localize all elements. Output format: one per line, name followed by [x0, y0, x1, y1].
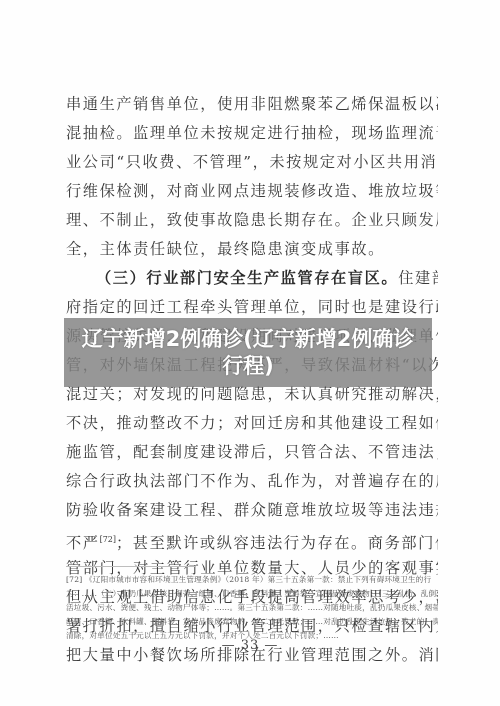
body-line: 行维保检测，对商业网点违规装修改造、堆放垃圾等行为不管: [66, 177, 438, 206]
body-line: 串通生产销售单位，使用非阻燃聚苯乙烯保温板以次充好、蒙: [66, 90, 438, 119]
overlay-title: 辽宁新增2例确诊(辽宁新增2例确诊 行程): [64, 318, 432, 387]
footnote-reference[interactable]: [72]: [100, 535, 116, 544]
overlay-title-line-2: 行程): [222, 353, 274, 380]
body-line: 混抽检。监理单位未按规定进行抽检，现场监理流于形式。物: [66, 119, 438, 148]
footnote-ref-line: 不严[72]；甚至默许或纵容违法行为存在。商务部门作为行业主: [66, 525, 438, 554]
footnote-line: 纸屑、口香糖、饮料罐、塑料袋、宣传品等废弃物的，处二十元罚款；……对乱扔乱倒生活…: [66, 615, 438, 629]
body-line: 业公司“只收费、不管理”，未按规定对小区共用消防设施进: [66, 148, 438, 177]
section-heading-line: （三）行业部门安全生产监管存在盲区。住建部门作为政: [66, 264, 438, 293]
body-line: 防验收备案建设工程、群众随意堆放垃圾等违法违规行为执法: [66, 496, 438, 525]
footnotes: [72] 《辽阳市城市市容和环境卫生管理条例》（2018 年）第三十五条第一款：…: [66, 573, 438, 643]
footnote-line: 活垃圾、污水、粪便、残土、动物尸体等；……。第三十五条第二款：……对随地吐痰，乱…: [66, 601, 438, 615]
section-heading-rest: 住建部门作为政: [398, 269, 438, 287]
body-line: 施监管，配套制度建设滞后，只管合法、不管违法；城市管理: [66, 438, 438, 467]
body-line: 全，主体责任缺位，最终隐患演变成事故。: [66, 235, 438, 264]
body-line: 不决，推动整改不力；对回迁房和其他建设工程如何有效实: [66, 409, 438, 438]
text-after-ref: ；甚至默许或纵容违法行为存在。商务部门作为行业主: [116, 534, 438, 552]
footnote-divider: [66, 566, 196, 567]
body-line: 理、不制止，致使事故隐患长期存在。企业只顾发展、不管安: [66, 206, 438, 235]
body-line: 综合行政执法部门不作为、乱作为，对普遍存在的应办未办消: [66, 467, 438, 496]
overlay-title-line-1: 辽宁新增2例确诊(辽宁新增2例确诊: [82, 326, 415, 353]
document-page: 串通生产销售单位，使用非阻燃聚苯乙烯保温板以次充好、蒙 混抽检。监理单位未按规定…: [0, 0, 500, 706]
footnote-line: 为：……（二）乱扔瓜果皮核、烟蒂、纸屑、口香糖、饮料罐、塑料袋、宣传品等废弃物；…: [66, 587, 438, 601]
footnote-line: [72] 《辽阳市城市市容和环境卫生管理条例》（2018 年）第三十五条第一款：…: [66, 573, 438, 587]
text-before-ref: 不严: [66, 534, 100, 552]
section-heading: （三）行业部门安全生产监管存在盲区。: [96, 269, 398, 287]
page-number: — 33 —: [0, 638, 500, 653]
